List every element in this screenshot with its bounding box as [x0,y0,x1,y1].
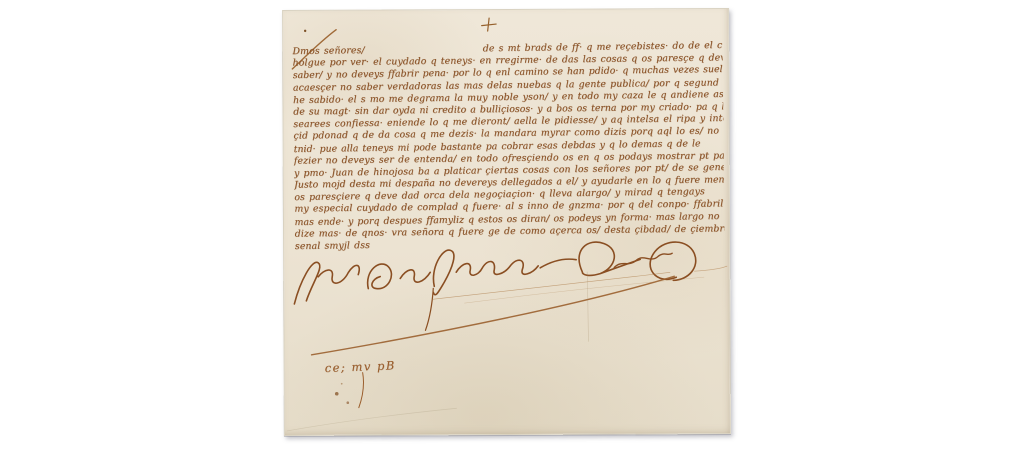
paper-crease [587,272,588,342]
photo-background: Dmos señores/ de s mt brads de ff· q me … [0,0,1024,450]
line-gap [365,43,483,57]
docket-descender [359,373,364,408]
signature-flourish [294,242,696,331]
hairline-stroke [432,272,670,299]
docket-notation: ce; mv pB [324,358,396,375]
letter-text-block: Dmos señores/ de s mt brads de ff· q me … [292,40,724,252]
opening-salutation: Dmos señores/ [292,45,364,58]
cross-mark-icon [482,18,497,31]
paper-crease [287,408,457,431]
ink-speck [346,401,349,404]
manuscript-paper: Dmos señores/ de s mt brads de ff· q me … [282,8,731,436]
ink-speck [304,30,306,32]
hairline-stroke [694,266,727,271]
ink-speck [335,392,339,396]
hairline-stroke [464,277,704,303]
ink-speck [341,383,343,385]
long-pen-stroke [311,276,674,355]
